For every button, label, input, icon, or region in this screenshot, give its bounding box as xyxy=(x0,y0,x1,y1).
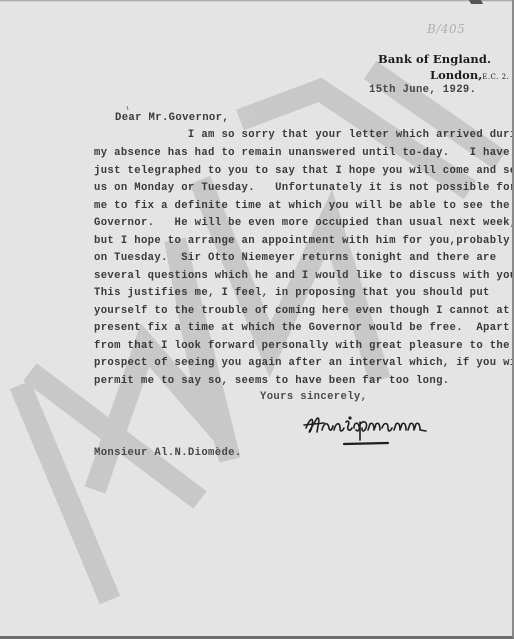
body-line: but I hope to arrange an appointment wit… xyxy=(94,235,510,247)
letterhead-postal-district: E.C. 2. xyxy=(482,73,509,81)
recipient-name: Monsieur Al.N.Diomède. xyxy=(94,447,242,459)
letterhead-bank-name: Bank of England. xyxy=(378,52,491,66)
body-line: on Tuesday. Sir Otto Niemeyer returns to… xyxy=(94,252,496,264)
scan-top-edge xyxy=(0,0,514,2)
letter-date: 15th June, 1929. xyxy=(369,84,476,96)
body-line: my absence has had to remain unanswered … xyxy=(94,147,510,159)
body-line: This justifies me, I feel, in proposing … xyxy=(94,287,490,299)
salutation: Dear Mr.Governor, xyxy=(115,112,229,124)
body-line: us on Monday or Tuesday. Unfortunately i… xyxy=(94,182,514,194)
body-line: just telegraphed to you to say that I ho… xyxy=(94,165,514,177)
scan-corner-mark xyxy=(469,0,483,4)
body-line: I am so sorry that your letter which arr… xyxy=(94,129,514,141)
body-line: prospect of seeing you again after an in… xyxy=(94,357,514,369)
body-line: yourself to the trouble of coming here e… xyxy=(94,305,510,317)
archive-reference: B/405 xyxy=(427,22,465,36)
body-line: permit me to say so, seems to have been … xyxy=(94,375,450,387)
body-line: present fix a time at which the Governor… xyxy=(94,322,510,334)
body-line: several questions which he and I would l… xyxy=(94,270,514,282)
pencil-tick-mark xyxy=(126,106,128,110)
body-line: from that I look forward personally with… xyxy=(94,340,510,352)
letterhead-city: London, xyxy=(430,68,482,82)
letter-page: B/405 Bank of England. London,E.C. 2. 15… xyxy=(0,0,514,639)
body-line: Governor. He will be even more occupied … xyxy=(94,217,514,229)
closing: Yours sincerely, xyxy=(260,391,367,403)
handwritten-signature-icon xyxy=(302,410,442,450)
letterhead-address: London,E.C. 2. xyxy=(430,68,509,82)
body-line: me to fix a definite time at which you w… xyxy=(94,200,510,212)
